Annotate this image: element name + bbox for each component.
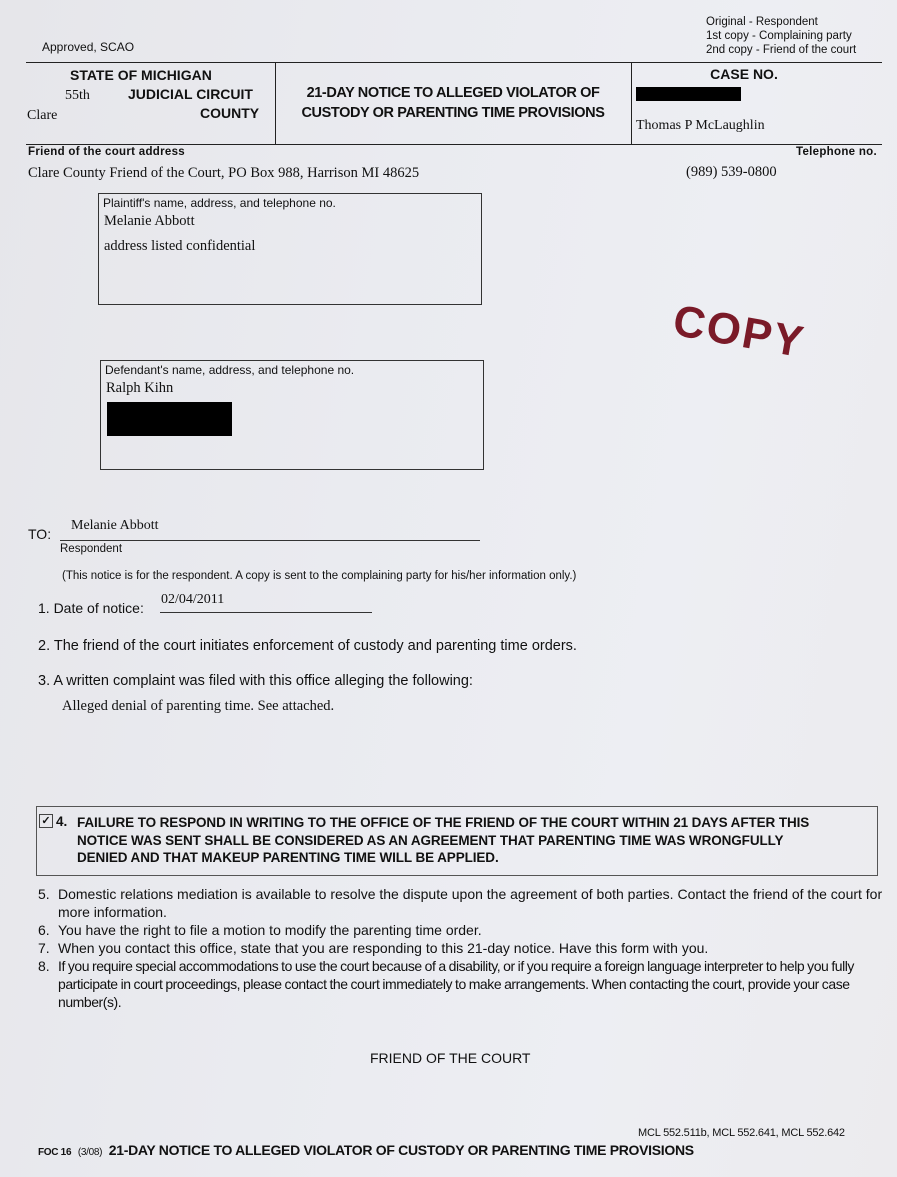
form-revision: (3/08): [78, 1147, 102, 1158]
copy-line: 2nd copy - Friend of the court: [706, 43, 856, 57]
plaintiff-box: Plaintiff's name, address, and telephone…: [98, 193, 482, 305]
list-item: 8. If you require special accommodations…: [38, 957, 883, 1011]
defendant-box: Defendant's name, address, and telephone…: [100, 360, 484, 470]
case-number-redaction: [636, 87, 741, 101]
footer-form-title: 21-DAY NOTICE TO ALLEGED VIOLATOR OF CUS…: [109, 1142, 694, 1158]
copy-distribution: Original - Respondent 1st copy - Complai…: [706, 15, 856, 57]
complaint-allegation: Alleged denial of parenting time. See at…: [62, 698, 334, 715]
foc-telephone: (989) 539-0800: [686, 164, 777, 181]
defendant-label: Defendant's name, address, and telephone…: [105, 363, 354, 377]
form-title-line: CUSTODY OR PARENTING TIME PROVISIONS: [275, 103, 631, 123]
circuit-number: 55th: [65, 88, 90, 104]
header-top-rule: [26, 62, 882, 63]
respondent-note: (This notice is for the respondent. A co…: [62, 570, 576, 582]
copy-line: Original - Respondent: [706, 15, 856, 29]
list-item: 7. When you contact this office, state t…: [38, 939, 883, 957]
item-3: 3. A written complaint was filed with th…: [38, 673, 473, 689]
respondent-label: Respondent: [60, 543, 122, 555]
form-title: 21-DAY NOTICE TO ALLEGED VIOLATOR OF CUS…: [275, 83, 631, 123]
county-name: Clare: [27, 108, 57, 124]
to-label: TO:: [28, 526, 51, 542]
statute-reference: MCL 552.511b, MCL 552.641, MCL 552.642: [638, 1127, 845, 1139]
copy-line: 1st copy - Complaining party: [706, 29, 856, 43]
date-underline: [160, 612, 372, 613]
list-item: 5. Domestic relations mediation is avail…: [38, 885, 883, 921]
signature-block: FRIEND OF THE COURT: [370, 1050, 531, 1066]
item-2: 2. The friend of the court initiates enf…: [38, 638, 577, 654]
form-title-line: 21-DAY NOTICE TO ALLEGED VIOLATOR OF: [275, 83, 631, 103]
foc-address-label: Friend of the court address: [28, 146, 185, 158]
copy-stamp: COPY: [669, 296, 808, 368]
judge-name: Thomas P McLaughlin: [636, 118, 765, 134]
county-label: COUNTY: [200, 105, 259, 121]
telephone-label: Telephone no.: [796, 146, 877, 158]
defendant-address-redaction: [107, 402, 232, 436]
form-id: FOC 16: [38, 1147, 71, 1158]
state-label: STATE OF MICHIGAN: [70, 67, 212, 83]
plaintiff-label: Plaintiff's name, address, and telephone…: [103, 196, 336, 210]
plaintiff-address: address listed confidential: [104, 238, 255, 255]
approval-note: Approved, SCAO: [42, 40, 134, 54]
notice-items-list: 5. Domestic relations mediation is avail…: [38, 885, 883, 1011]
foc-address: Clare County Friend of the Court, PO Box…: [28, 165, 419, 182]
defendant-name: Ralph Kihn: [106, 380, 173, 397]
list-item: 6. You have the right to file a motion t…: [38, 921, 883, 939]
respondent-name: Melanie Abbott: [71, 518, 159, 534]
item-4-number: 4.: [56, 814, 67, 829]
case-number-label: CASE NO.: [631, 66, 897, 82]
respondent-underline: [60, 540, 480, 541]
date-of-notice-value: 02/04/2011: [161, 592, 224, 608]
circuit-label: JUDICIAL CIRCUIT: [128, 86, 253, 102]
form-footer: FOC 16 (3/08) 21-DAY NOTICE TO ALLEGED V…: [38, 1142, 694, 1158]
header-bottom-rule: [26, 144, 882, 145]
date-of-notice-label: 1. Date of notice:: [38, 600, 144, 616]
item-4-checkbox[interactable]: ✓: [39, 814, 53, 828]
item-4-text: FAILURE TO RESPOND IN WRITING TO THE OFF…: [77, 814, 837, 867]
plaintiff-name: Melanie Abbott: [104, 213, 195, 230]
